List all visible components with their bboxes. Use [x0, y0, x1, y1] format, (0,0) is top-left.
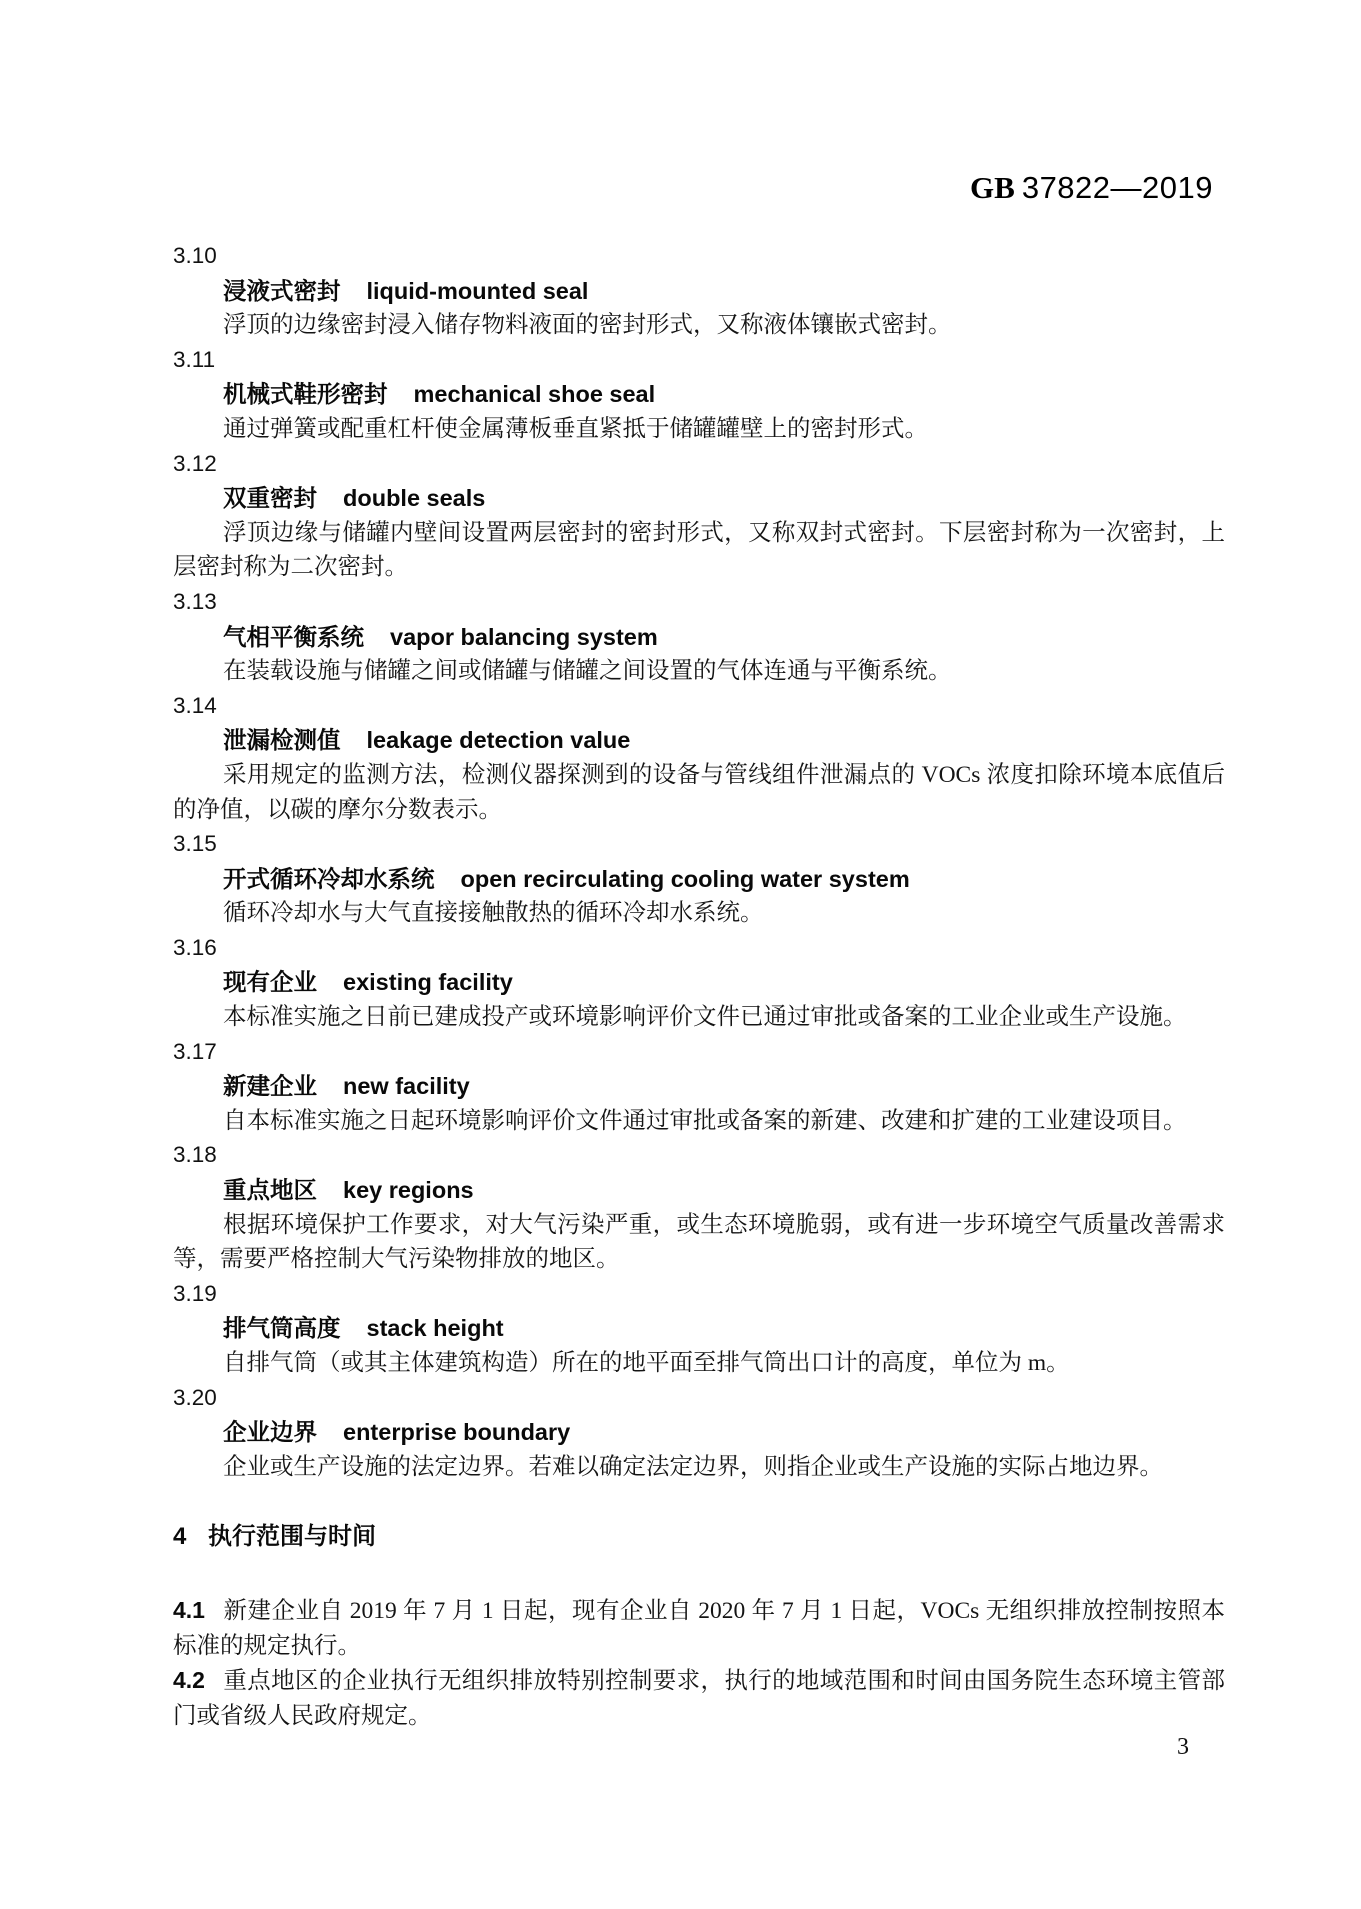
standard-code-header: GB37822—2019 [970, 170, 1213, 206]
definition-number: 3.11 [173, 343, 1225, 378]
definition-term-en: leakage detection value [367, 727, 631, 753]
clause: 4.2重点地区的企业执行无组织排放特别控制要求，执行的地域范围和时间由国务院生态… [173, 1663, 1225, 1733]
definition-term-en: key regions [343, 1177, 474, 1203]
definition-number: 3.13 [173, 585, 1225, 620]
definition-term-en: stack height [367, 1315, 504, 1341]
document-body: 3.10 浸液式密封liquid-mounted seal 浮顶的边缘密封浸入储… [173, 239, 1225, 1733]
definition-term: 双重密封double seals [223, 481, 1225, 516]
definition-item: 3.18 重点地区key regions 根据环境保护工作要求，对大气污染严重，… [173, 1138, 1225, 1276]
definition-item: 3.16 现有企业existing facility 本标准实施之日前已建成投产… [173, 931, 1225, 1035]
definition-text: 浮顶边缘与储罐内壁间设置两层密封的密封形式，又称双封式密封。下层密封称为一次密封… [173, 516, 1225, 585]
page-number: 3 [1177, 1734, 1189, 1761]
definition-text: 自本标准实施之日起环境影响评价文件通过审批或备案的新建、改建和扩建的工业建设项目… [173, 1104, 1225, 1139]
definition-number: 3.16 [173, 931, 1225, 966]
section-heading: 4执行范围与时间 [173, 1520, 1225, 1555]
definition-number: 3.12 [173, 447, 1225, 482]
clause-text: 重点地区的企业执行无组织排放特别控制要求，执行的地域范围和时间由国务院生态环境主… [173, 1668, 1225, 1729]
definition-item: 3.15 开式循环冷却水系统open recirculating cooling… [173, 827, 1225, 931]
section-number: 4 [173, 1520, 208, 1555]
definition-text: 采用规定的监测方法，检测仪器探测到的设备与管线组件泄漏点的 VOCs 浓度扣除环… [173, 758, 1225, 827]
definition-term: 开式循环冷却水系统open recirculating cooling wate… [223, 862, 1225, 897]
clause: 4.1新建企业自 2019 年 7 月 1 日起，现有企业自 2020 年 7 … [173, 1593, 1225, 1663]
definition-term-zh: 开式循环冷却水系统 [223, 866, 435, 892]
definition-term-zh: 双重密封 [223, 485, 317, 511]
definition-term-en: enterprise boundary [343, 1419, 570, 1445]
definition-term-en: double seals [343, 485, 485, 511]
definition-number: 3.20 [173, 1381, 1225, 1416]
definition-text: 循环冷却水与大气直接接触散热的循环冷却水系统。 [173, 896, 1225, 931]
definition-term-zh: 排气筒高度 [223, 1315, 341, 1341]
definition-term: 气相平衡系统vapor balancing system [223, 620, 1225, 655]
definition-item: 3.11 机械式鞋形密封mechanical shoe seal 通过弹簧或配重… [173, 343, 1225, 447]
definition-number: 3.18 [173, 1138, 1225, 1173]
definition-term-zh: 现有企业 [223, 969, 317, 995]
definition-term: 重点地区key regions [223, 1173, 1225, 1208]
definition-term: 机械式鞋形密封mechanical shoe seal [223, 377, 1225, 412]
clause-number: 4.2 [173, 1663, 223, 1698]
definition-text: 根据环境保护工作要求，对大气污染严重，或生态环境脆弱，或有进一步环境空气质量改善… [173, 1208, 1225, 1277]
definition-term-en: liquid-mounted seal [367, 278, 589, 304]
definition-term-zh: 气相平衡系统 [223, 624, 364, 650]
clause-text: 新建企业自 2019 年 7 月 1 日起，现有企业自 2020 年 7 月 1… [173, 1598, 1225, 1659]
definition-number: 3.10 [173, 239, 1225, 274]
definition-term-zh: 企业边界 [223, 1419, 317, 1445]
definition-term: 排气筒高度stack height [223, 1311, 1225, 1346]
definition-number: 3.15 [173, 827, 1225, 862]
section-title: 执行范围与时间 [208, 1523, 376, 1550]
definition-term-zh: 浸液式密封 [223, 278, 341, 304]
definition-term-en: existing facility [343, 969, 513, 995]
definition-item: 3.10 浸液式密封liquid-mounted seal 浮顶的边缘密封浸入储… [173, 239, 1225, 343]
definition-item: 3.14 泄漏检测值leakage detection value 采用规定的监… [173, 689, 1225, 827]
definition-term: 企业边界enterprise boundary [223, 1415, 1225, 1450]
definition-number: 3.14 [173, 689, 1225, 724]
clause-number: 4.1 [173, 1593, 223, 1628]
definition-number: 3.19 [173, 1277, 1225, 1312]
definition-text: 企业或生产设施的法定边界。若难以确定法定边界，则指企业或生产设施的实际占地边界。 [173, 1450, 1225, 1485]
document-page: GB37822—2019 3.10 浸液式密封liquid-mounted se… [0, 0, 1361, 1909]
standard-code-prefix: GB [970, 170, 1015, 205]
definition-item: 3.20 企业边界enterprise boundary 企业或生产设施的法定边… [173, 1381, 1225, 1485]
definition-term-en: mechanical shoe seal [414, 381, 656, 407]
definition-text: 本标准实施之日前已建成投产或环境影响评价文件已通过审批或备案的工业企业或生产设施… [173, 1000, 1225, 1035]
definition-text: 通过弹簧或配重杠杆使金属薄板垂直紧抵于储罐罐壁上的密封形式。 [173, 412, 1225, 447]
definition-term: 浸液式密封liquid-mounted seal [223, 274, 1225, 309]
definition-term-zh: 重点地区 [223, 1177, 317, 1203]
definition-item: 3.12 双重密封double seals 浮顶边缘与储罐内壁间设置两层密封的密… [173, 447, 1225, 585]
standard-code-number: 37822—2019 [1022, 170, 1213, 205]
definition-term-en: vapor balancing system [390, 624, 658, 650]
definition-term: 泄漏检测值leakage detection value [223, 723, 1225, 758]
definition-item: 3.13 气相平衡系统vapor balancing system 在装载设施与… [173, 585, 1225, 689]
definition-term: 现有企业existing facility [223, 965, 1225, 1000]
definition-number: 3.17 [173, 1035, 1225, 1070]
definition-term-en: new facility [343, 1073, 470, 1099]
definition-text: 自排气筒（或其主体建筑构造）所在的地平面至排气筒出口计的高度，单位为 m。 [173, 1346, 1225, 1381]
definition-term-zh: 机械式鞋形密封 [223, 381, 388, 407]
definition-term: 新建企业new facility [223, 1069, 1225, 1104]
definition-term-zh: 新建企业 [223, 1073, 317, 1099]
definition-term-zh: 泄漏检测值 [223, 727, 341, 753]
definition-item: 3.19 排气筒高度stack height 自排气筒（或其主体建筑构造）所在的… [173, 1277, 1225, 1381]
definition-term-en: open recirculating cooling water system [461, 866, 910, 892]
definition-text: 浮顶的边缘密封浸入储存物料液面的密封形式，又称液体镶嵌式密封。 [173, 308, 1225, 343]
definition-item: 3.17 新建企业new facility 自本标准实施之日起环境影响评价文件通… [173, 1035, 1225, 1139]
definition-text: 在装载设施与储罐之间或储罐与储罐之间设置的气体连通与平衡系统。 [173, 654, 1225, 689]
